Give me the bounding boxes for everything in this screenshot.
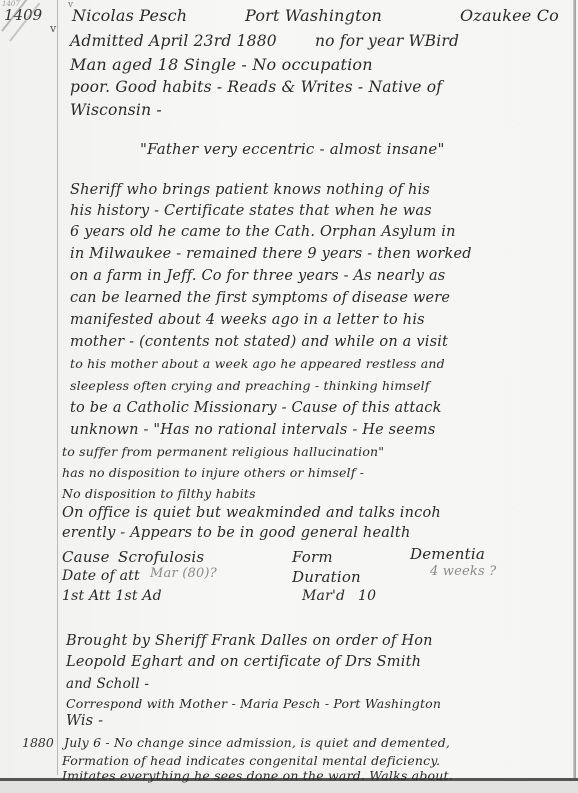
form-value: Dementia [410,545,485,563]
commitment-line: and Scholl - [66,676,149,692]
history-line: Sheriff who brings patient knows nothing… [70,182,430,198]
history-line: can be learned the first symptoms of dis… [70,290,450,306]
commitment-line: Brought by Sheriff Frank Dalles on order… [66,633,433,649]
date-of-attack-value: Mar (80)? [150,566,217,581]
patient-nativity: Wisconsin - [70,101,162,119]
history-line: mother - (contents not stated) and while… [70,334,448,350]
progress-note-line: July 6 - No change since admission, is q… [64,735,450,750]
progress-note-line: Formation of head indicates congenital m… [62,753,440,768]
history-line: 6 years old he came to the Cath. Orphan … [70,224,456,240]
cause-label: Cause [62,548,110,566]
patient-name: Nicolas Pesch [72,6,187,25]
history-line: manifested about 4 weeks ago in a letter… [70,312,425,328]
history-line: sleepless often crying and preaching - t… [70,378,430,393]
commitment-line: Wis - [66,713,103,729]
county: Ozaukee Co [460,6,559,25]
history-line: in Milwaukee - remained there 9 years - … [70,246,472,262]
history-line: his history - Certificate states that wh… [70,203,432,219]
committed-by: no for year WBird [315,32,459,50]
page-edge [573,0,576,793]
history-line: No disposition to filthy habits [62,486,256,501]
family-history-quote: "Father very eccentric - almost insane" [140,140,445,158]
document-page: 1407 v 1409 v Nicolas Pesch Port Washing… [0,0,578,793]
progress-note-line: Imitates everything he sees done on the … [62,768,453,783]
history-line: unknown - "Has no rational intervals - H… [70,422,435,438]
patient-description: Man aged 18 Single - No occupation [70,55,373,74]
married-value: 10 [358,588,376,604]
check-mark-icon: v [50,22,56,35]
duration-value: 4 weeks ? [430,564,496,579]
history-line: erently - Appears to be in good general … [62,525,410,541]
admission-date: Admitted April 23rd 1880 [70,32,277,50]
cause-value: Scrofulosis [118,548,204,566]
history-line: On office is quiet but weakminded and ta… [62,505,441,521]
history-line: on a farm in Jeff. Co for three years - … [70,268,445,284]
first-attack-label: 1st Att 1st Ad [62,588,162,604]
history-line: to suffer from permanent religious hallu… [62,444,384,459]
duration-label: Duration [292,568,361,586]
history-line: has no disposition to injure others or h… [62,465,364,480]
commitment-line: Correspond with Mother - Maria Pesch - P… [66,696,441,711]
date-of-attack-label: Date of att [62,568,140,584]
history-line: to be a Catholic Missionary - Cause of t… [70,400,442,416]
patient-habits: poor. Good habits - Reads & Writes - Nat… [70,78,442,96]
history-line: to his mother about a week ago he appear… [70,356,445,371]
margin-rule [57,0,58,775]
note-year: 1880 [22,735,54,750]
form-label: Form [292,548,333,566]
married-label: Mar'd [302,588,345,604]
residence: Port Washington [245,6,382,25]
commitment-line: Leopold Eghart and on certificate of Drs… [66,654,421,670]
